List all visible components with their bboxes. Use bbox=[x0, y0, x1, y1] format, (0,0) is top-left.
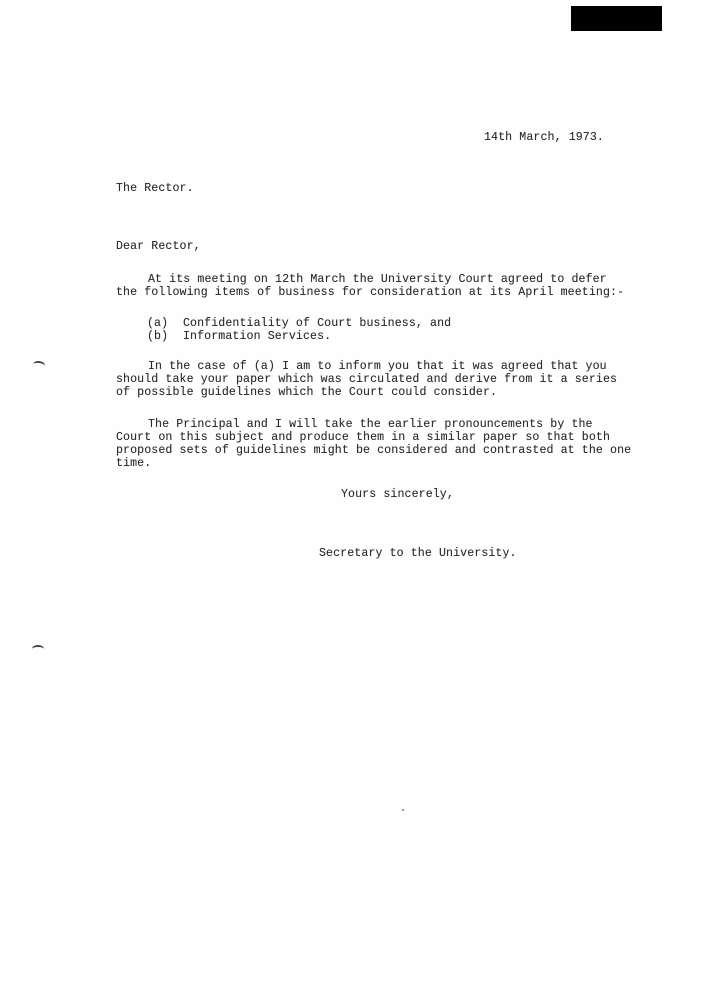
list-item: Information Services. bbox=[183, 330, 331, 343]
paper-speck bbox=[402, 809, 404, 811]
paragraph-line: proposed sets of guidelines might be con… bbox=[116, 444, 631, 457]
paragraph-line: Court on this subject and produce them i… bbox=[116, 431, 610, 444]
letter-signature: Secretary to the University. bbox=[319, 547, 517, 560]
letter-date: 14th March, 1973. bbox=[484, 131, 604, 144]
letter-page: 14th March, 1973. The Rector. Dear Recto… bbox=[0, 0, 712, 1007]
paragraph-line: the following items of business for cons… bbox=[116, 286, 624, 299]
letter-closing: Yours sincerely, bbox=[341, 488, 454, 501]
paragraph-line: The Principal and I will take the earlie… bbox=[148, 418, 593, 431]
punch-hole-mark bbox=[32, 645, 44, 653]
punch-hole-mark bbox=[33, 360, 46, 370]
paragraph-line: At its meeting on 12th March the Univers… bbox=[148, 273, 607, 286]
paragraph-line: In the case of (a) I am to inform you th… bbox=[148, 360, 607, 373]
redaction-box bbox=[571, 6, 662, 31]
list-item: Confidentiality of Court business, and bbox=[183, 317, 451, 330]
letter-recipient: The Rector. bbox=[116, 182, 194, 195]
letter-salutation: Dear Rector, bbox=[116, 240, 201, 253]
paragraph-line: should take your paper which was circula… bbox=[116, 373, 617, 386]
list-item-marker: (a) bbox=[147, 317, 168, 330]
paragraph-line: time. bbox=[116, 457, 151, 470]
paragraph-line: of possible guidelines which the Court c… bbox=[116, 386, 497, 399]
list-item-marker: (b) bbox=[147, 330, 168, 343]
